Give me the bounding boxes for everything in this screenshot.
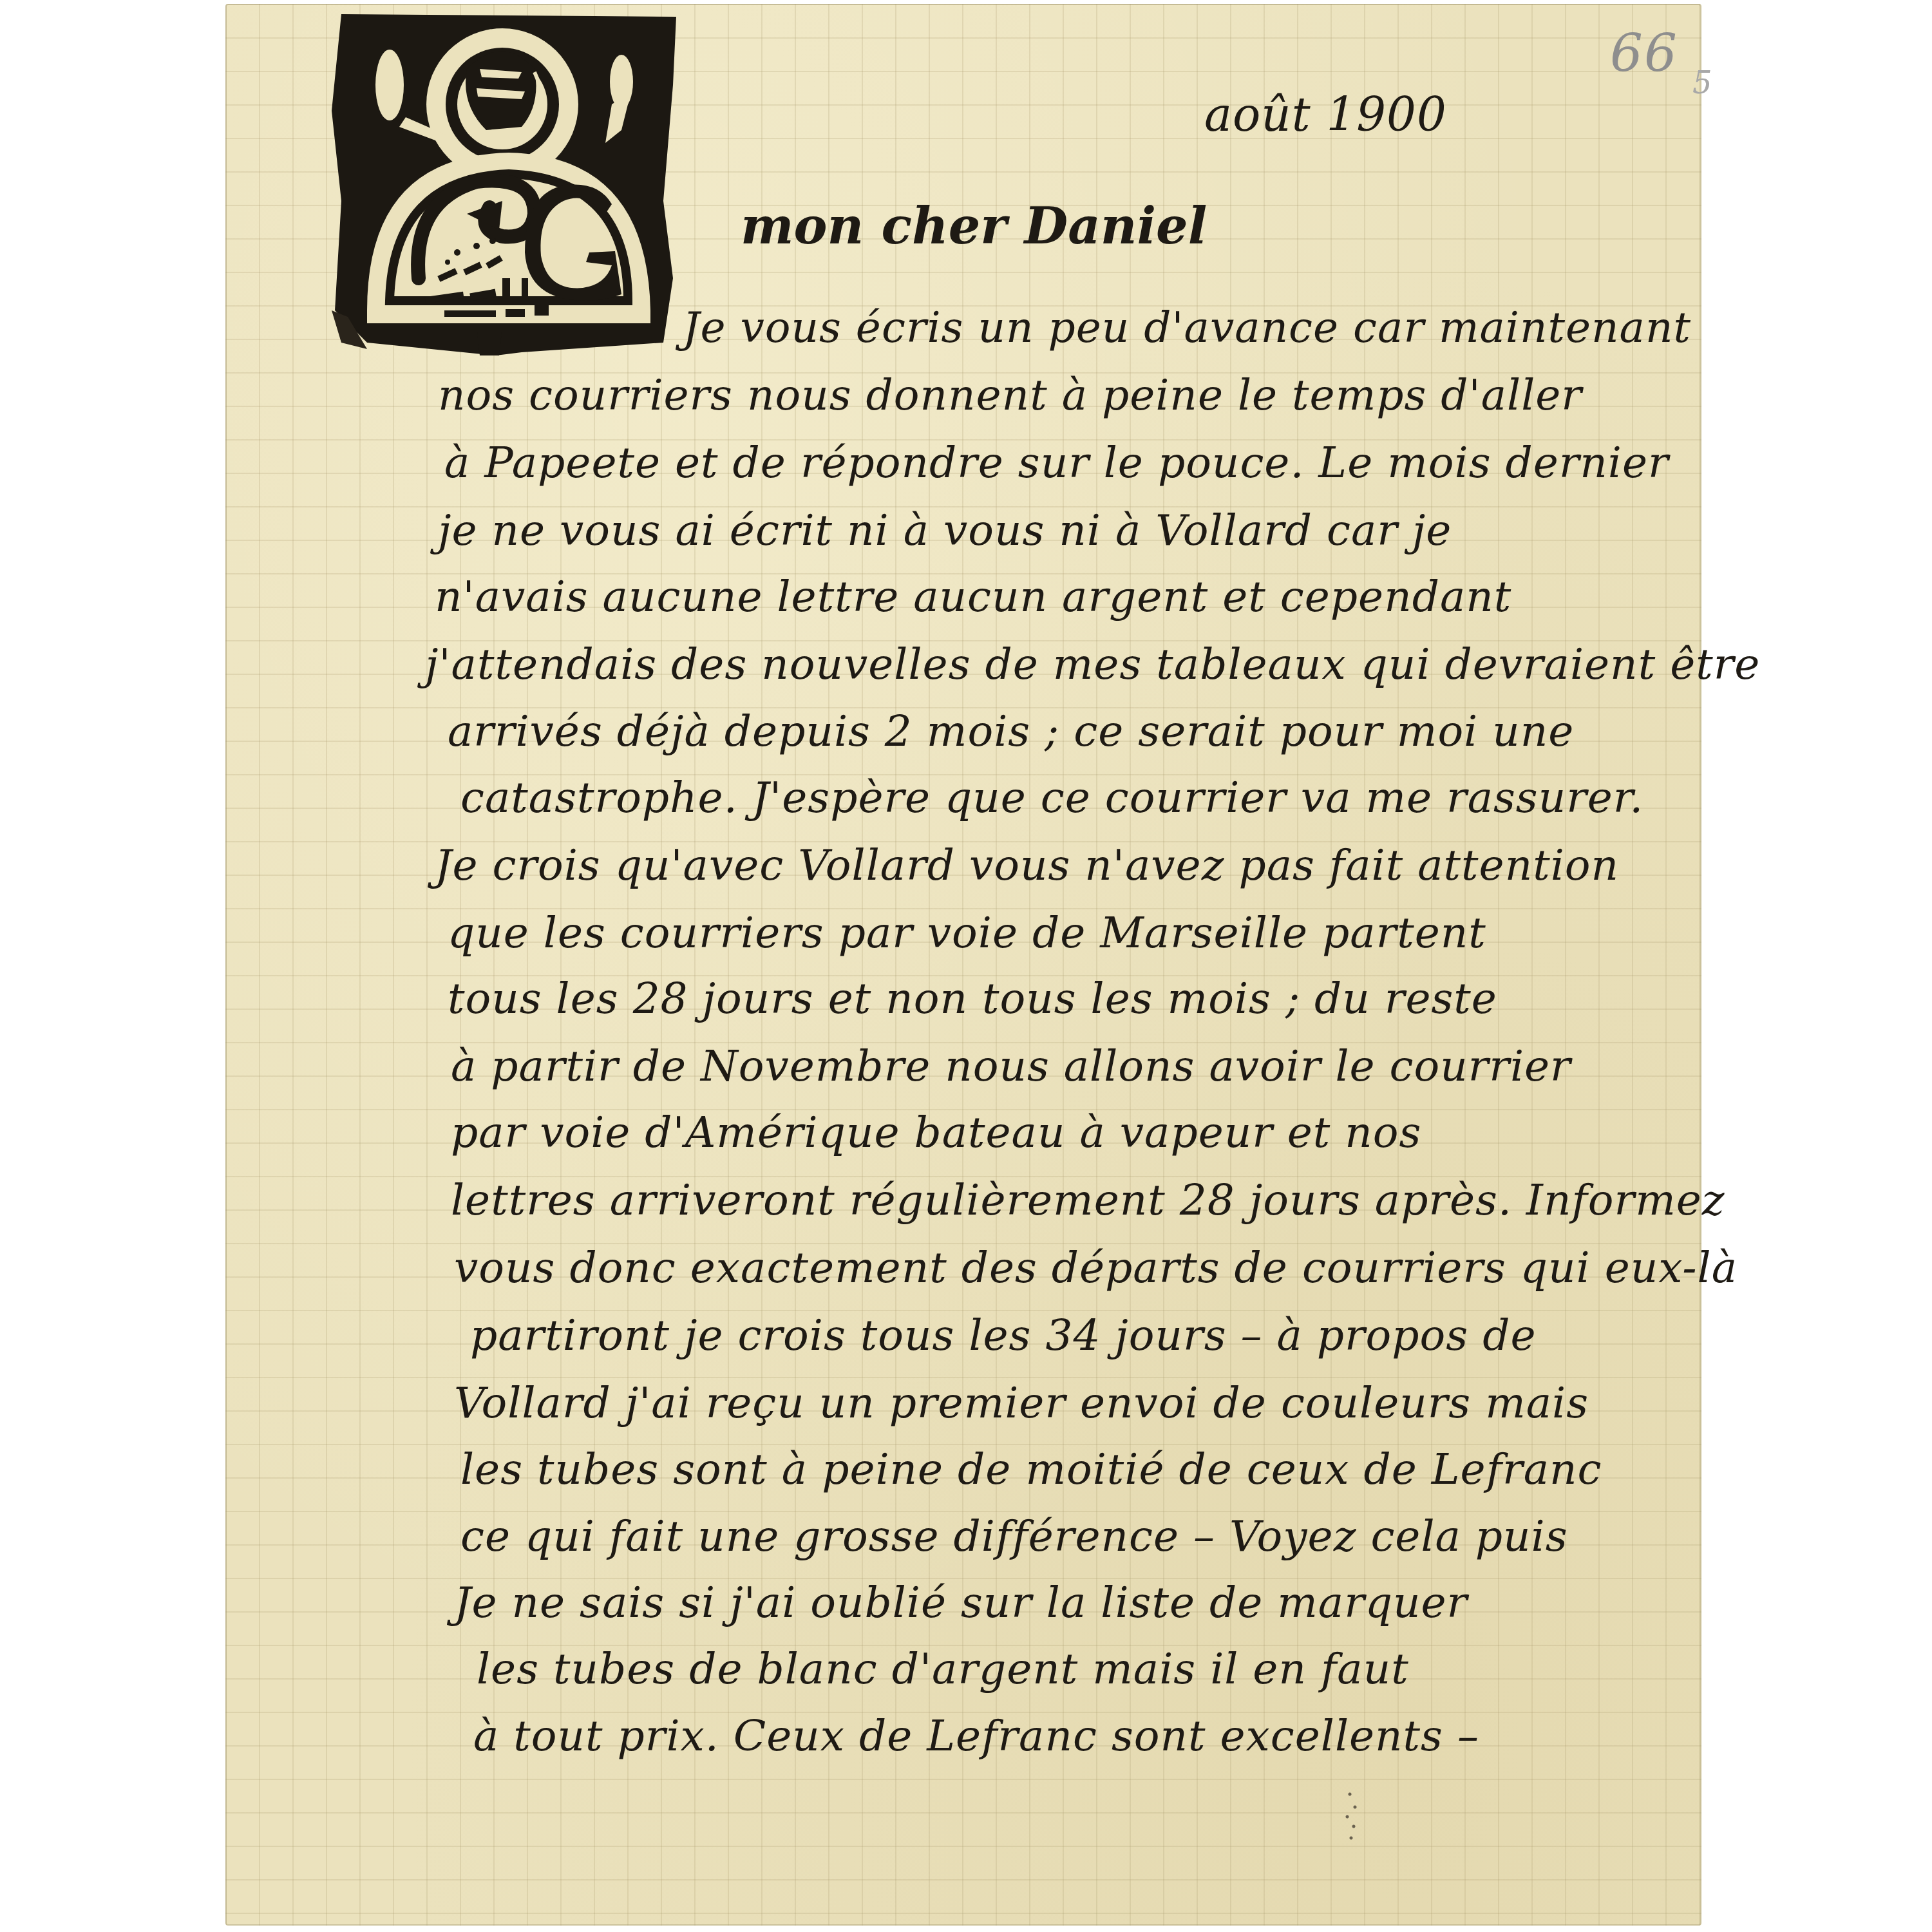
letter-line: vous donc exactement des départs de cour… [454, 1247, 1738, 1289]
letter-line: Vollard j'ai reçu un premier envoi de co… [454, 1382, 1589, 1425]
letter-line: partiront je crois tous les 34 jours – à… [470, 1314, 1536, 1357]
letter-line: ce qui fait une grosse différence – Voye… [460, 1515, 1568, 1558]
folio-number: 66 [1610, 23, 1678, 83]
letter-date: août 1900 [1204, 88, 1447, 142]
letter-line: les tubes de blanc d'argent mais il en f… [477, 1648, 1409, 1690]
letter-line: à partir de Novembre nous allons avoir l… [451, 1045, 1571, 1088]
letter-line: les tubes sont à peine de moitié de ceux… [460, 1448, 1602, 1491]
ink-blot-marks [1340, 1781, 1365, 1846]
letter-line: par voie d'Amérique bateau à vapeur et n… [451, 1112, 1421, 1154]
folio-sub-number: 5 [1692, 65, 1712, 101]
letter-line: catastrophe. J'espère que ce courrier va… [460, 777, 1643, 819]
letter-line: tous les 28 jours et non tous les mois ;… [448, 978, 1497, 1020]
letter-page: 66 5 août 1900 mon cher Daniel Je vous é… [225, 4, 1701, 1926]
letter-line: je ne vous ai écrit ni à vous ni à Volla… [438, 509, 1452, 552]
letter-line: à tout prix. Ceux de Lefranc sont excell… [473, 1715, 1479, 1757]
letter-line: Je ne sais si j'ai oublié sur la liste d… [454, 1582, 1468, 1624]
letter-line: nos courriers nous donnent à peine le te… [438, 374, 1582, 417]
letter-line: lettres arriveront régulièrement 28 jour… [451, 1179, 1725, 1222]
salutation: mon cher Daniel [741, 197, 1207, 256]
letter-line: Je crois qu'avec Vollard vous n'avez pas… [435, 844, 1619, 887]
letter-line: j'attendais des nouvelles de mes tableau… [425, 643, 1760, 686]
letter-line: que les courriers par voie de Marseille … [448, 912, 1486, 954]
woodcut-monogram-icon [328, 8, 681, 355]
letter-line: à Papeete et de répondre sur le pouce. L… [444, 442, 1669, 484]
letter-line: arrivés déjà depuis 2 mois ; ce serait p… [448, 710, 1574, 753]
letter-line: n'avais aucune lettre aucun argent et ce… [435, 576, 1511, 618]
letter-line: Je vous écris un peu d'avance car mainte… [683, 307, 1691, 349]
